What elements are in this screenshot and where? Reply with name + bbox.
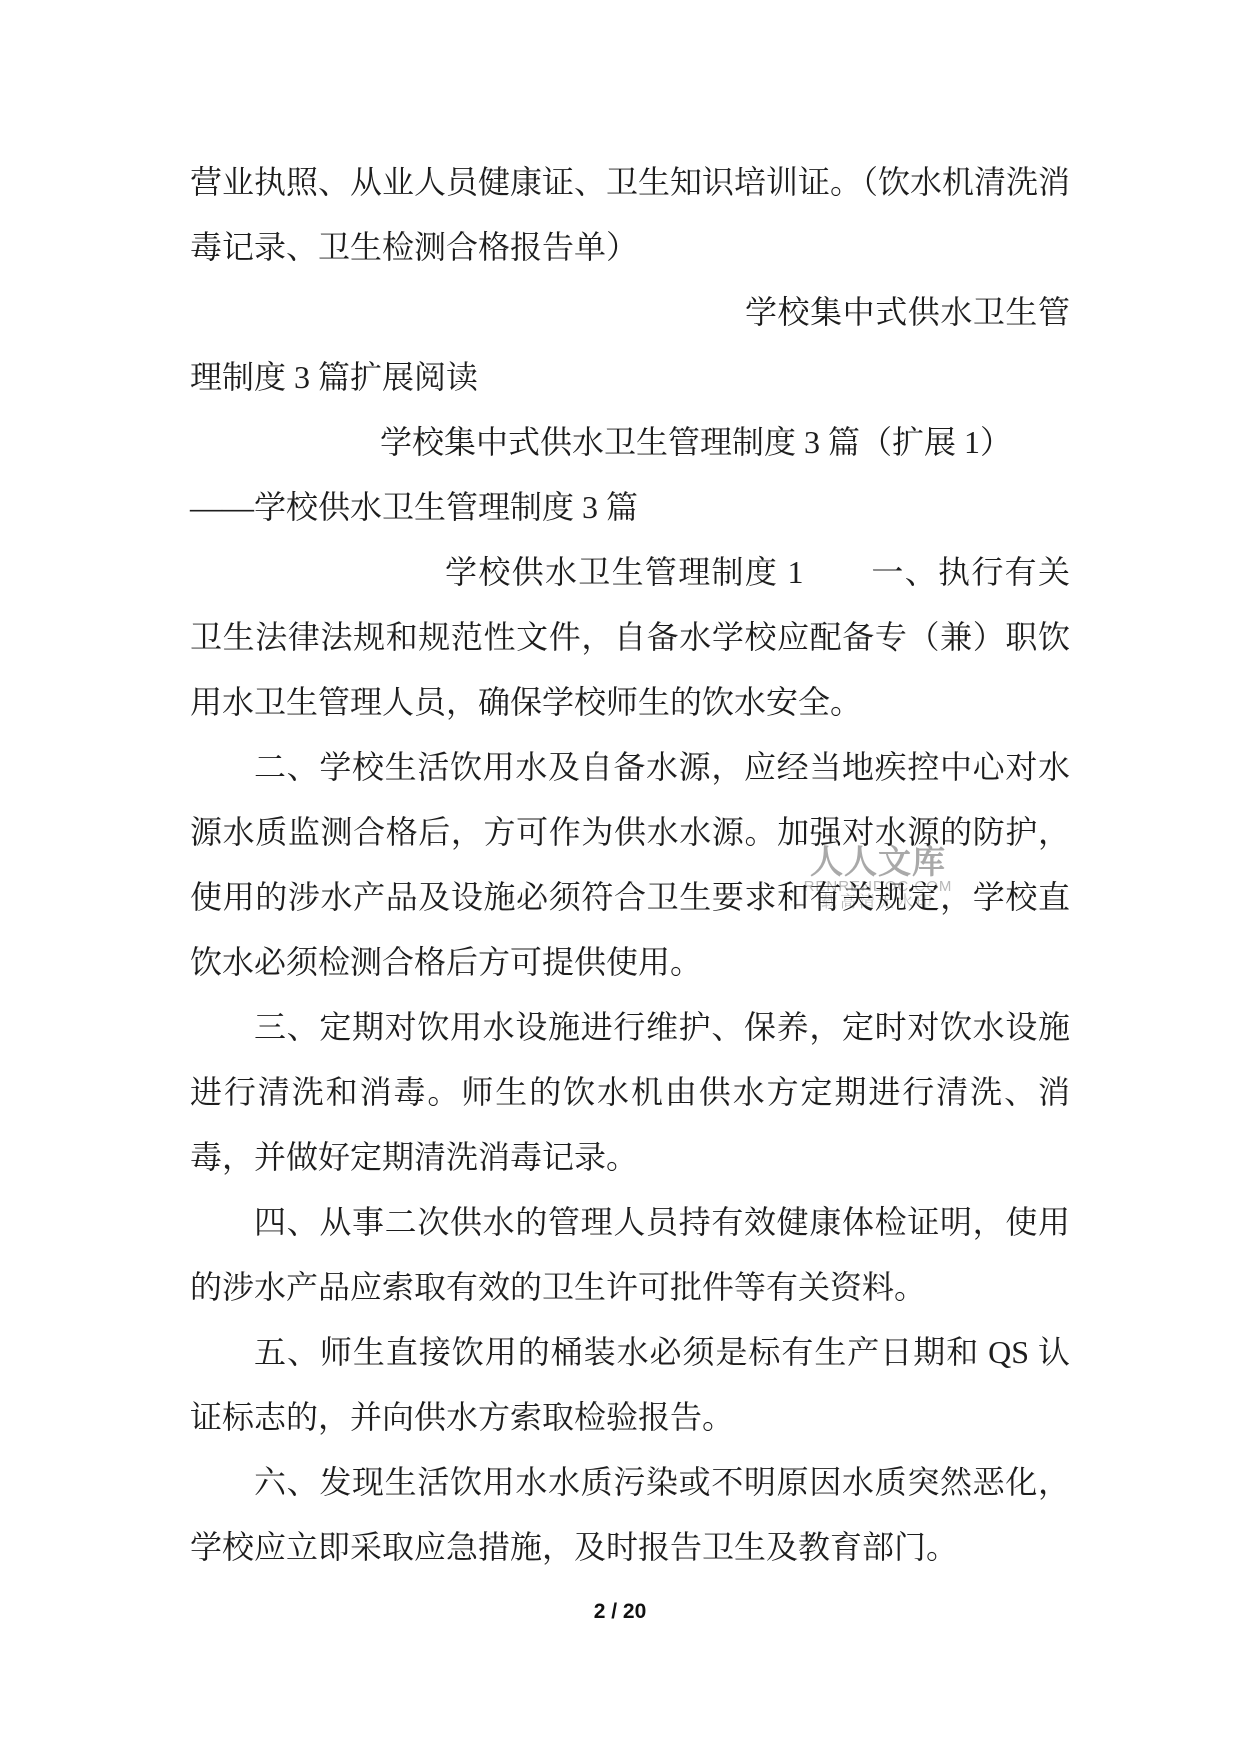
para-item-6: 六、发现生活饮用水水质污染或不明原因水质突然恶化，学校应立即采取应急措施，及时报… (190, 1450, 1070, 1580)
document-body: 营业执照、从业人员健康证、卫生知识培训证。（饮水机清洗消毒记录、卫生检测合格报告… (190, 150, 1070, 1580)
document-page: 人人文库 RENRENDOC.COM 载高清无水印 营业执照、从业人员健康证、卫… (0, 0, 1240, 1753)
para-dash-subtitle: ——学校供水卫生管理制度 3 篇 (190, 475, 1070, 540)
para-heading-extended-reading: 学校集中式供水卫生管理制度 3 篇扩展阅读 (190, 280, 1070, 410)
para-item-4: 四、从事二次供水的管理人员持有效健康体检证明，使用的涉水产品应索取有效的卫生许可… (190, 1190, 1070, 1320)
para-system-1-item-1: 学校供水卫生管理制度 1 一、执行有关卫生法律法规和规范性文件，自备水学校应配备… (190, 540, 1070, 735)
para-item-5: 五、师生直接饮用的桶装水必须是标有生产日期和 QS 认证标志的，并向供水方索取检… (190, 1320, 1070, 1450)
para-item-3: 三、定期对饮用水设施进行维护、保养，定时对饮水设施进行清洗和消毒。师生的饮水机由… (190, 995, 1070, 1190)
para-heading-expansion-1: 学校集中式供水卫生管理制度 3 篇（扩展 1） (190, 410, 1070, 475)
para-item-2: 二、学校生活饮用水及自备水源，应经当地疾控中心对水源水质监测合格后，方可作为供水… (190, 735, 1070, 995)
para-continuation: 营业执照、从业人员健康证、卫生知识培训证。（饮水机清洗消毒记录、卫生检测合格报告… (190, 150, 1070, 280)
page-number: 2 / 20 (0, 1600, 1240, 1624)
